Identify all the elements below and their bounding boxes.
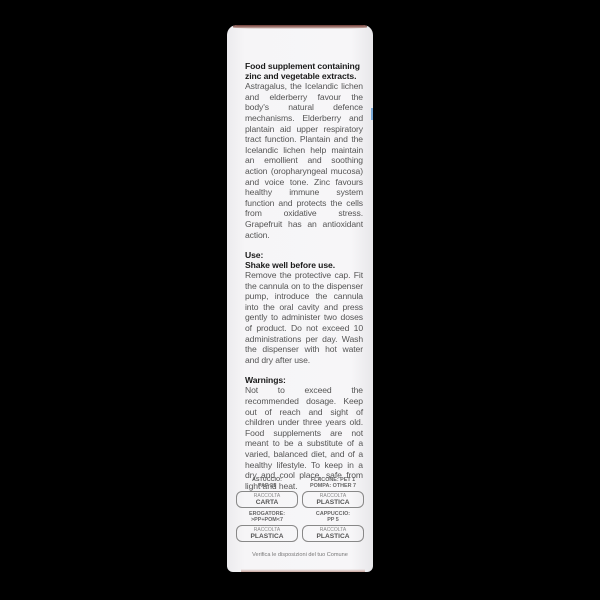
recycling-info-grid: ASTUCCIO: PAP 21 RACCOLTA CARTA FLACONE:… [236, 477, 364, 542]
intro-title: Food supplement containing zinc and vege… [245, 62, 363, 81]
use-heading: Use: [245, 250, 363, 260]
box-edge-mark [371, 108, 373, 120]
component-material-code: POMPA: OTHER 7 [302, 483, 364, 489]
recycling-item-dispenser: EROGATORE: >PP+POM<7 RACCOLTA PLASTICA [236, 511, 298, 542]
recycling-badge: RACCOLTA PLASTICA [236, 525, 298, 542]
warnings-text: Not to exceed the recommended dosage. Ke… [245, 385, 363, 491]
recycling-item-bottle: FLACONE: PET 1 POMPA: OTHER 7 RACCOLTA P… [302, 477, 364, 508]
material-label: PLASTICA [317, 533, 350, 540]
component-material-code: PP 5 [302, 517, 364, 523]
material-label: PLASTICA [317, 499, 350, 506]
label-text-block: Food supplement containing zinc and vege… [245, 62, 363, 491]
use-text: Remove the protective cap. Fit the cannu… [245, 270, 363, 365]
recycling-footer-note: Verifica le disposizioni del tuo Comune [227, 552, 373, 558]
material-label: PLASTICA [251, 533, 284, 540]
recycling-component-label: ASTUCCIO: PAP 21 [236, 477, 298, 489]
recycling-component-label: FLACONE: PET 1 POMPA: OTHER 7 [302, 477, 364, 489]
recycling-badge: RACCOLTA CARTA [236, 491, 298, 508]
intro-text: Astragalus, the Icelandic lichen and eld… [245, 81, 363, 240]
recycling-item-cap: CAPPUCCIO: PP 5 RACCOLTA PLASTICA [302, 511, 364, 542]
material-label: CARTA [256, 499, 279, 506]
recycling-component-label: CAPPUCCIO: PP 5 [302, 511, 364, 523]
warnings-heading: Warnings: [245, 375, 363, 385]
recycling-badge: RACCOLTA PLASTICA [302, 525, 364, 542]
box-bottom-edge [241, 569, 365, 572]
use-subheading: Shake well before use. [245, 260, 363, 270]
component-material-code: >PP+POM<7 [236, 517, 298, 523]
recycling-item-box: ASTUCCIO: PAP 21 RACCOLTA CARTA [236, 477, 298, 508]
box-top-edge [233, 25, 367, 29]
component-material-code: PAP 21 [236, 483, 298, 489]
product-box-side-panel: Food supplement containing zinc and vege… [227, 25, 373, 572]
recycling-component-label: EROGATORE: >PP+POM<7 [236, 511, 298, 523]
recycling-badge: RACCOLTA PLASTICA [302, 491, 364, 508]
